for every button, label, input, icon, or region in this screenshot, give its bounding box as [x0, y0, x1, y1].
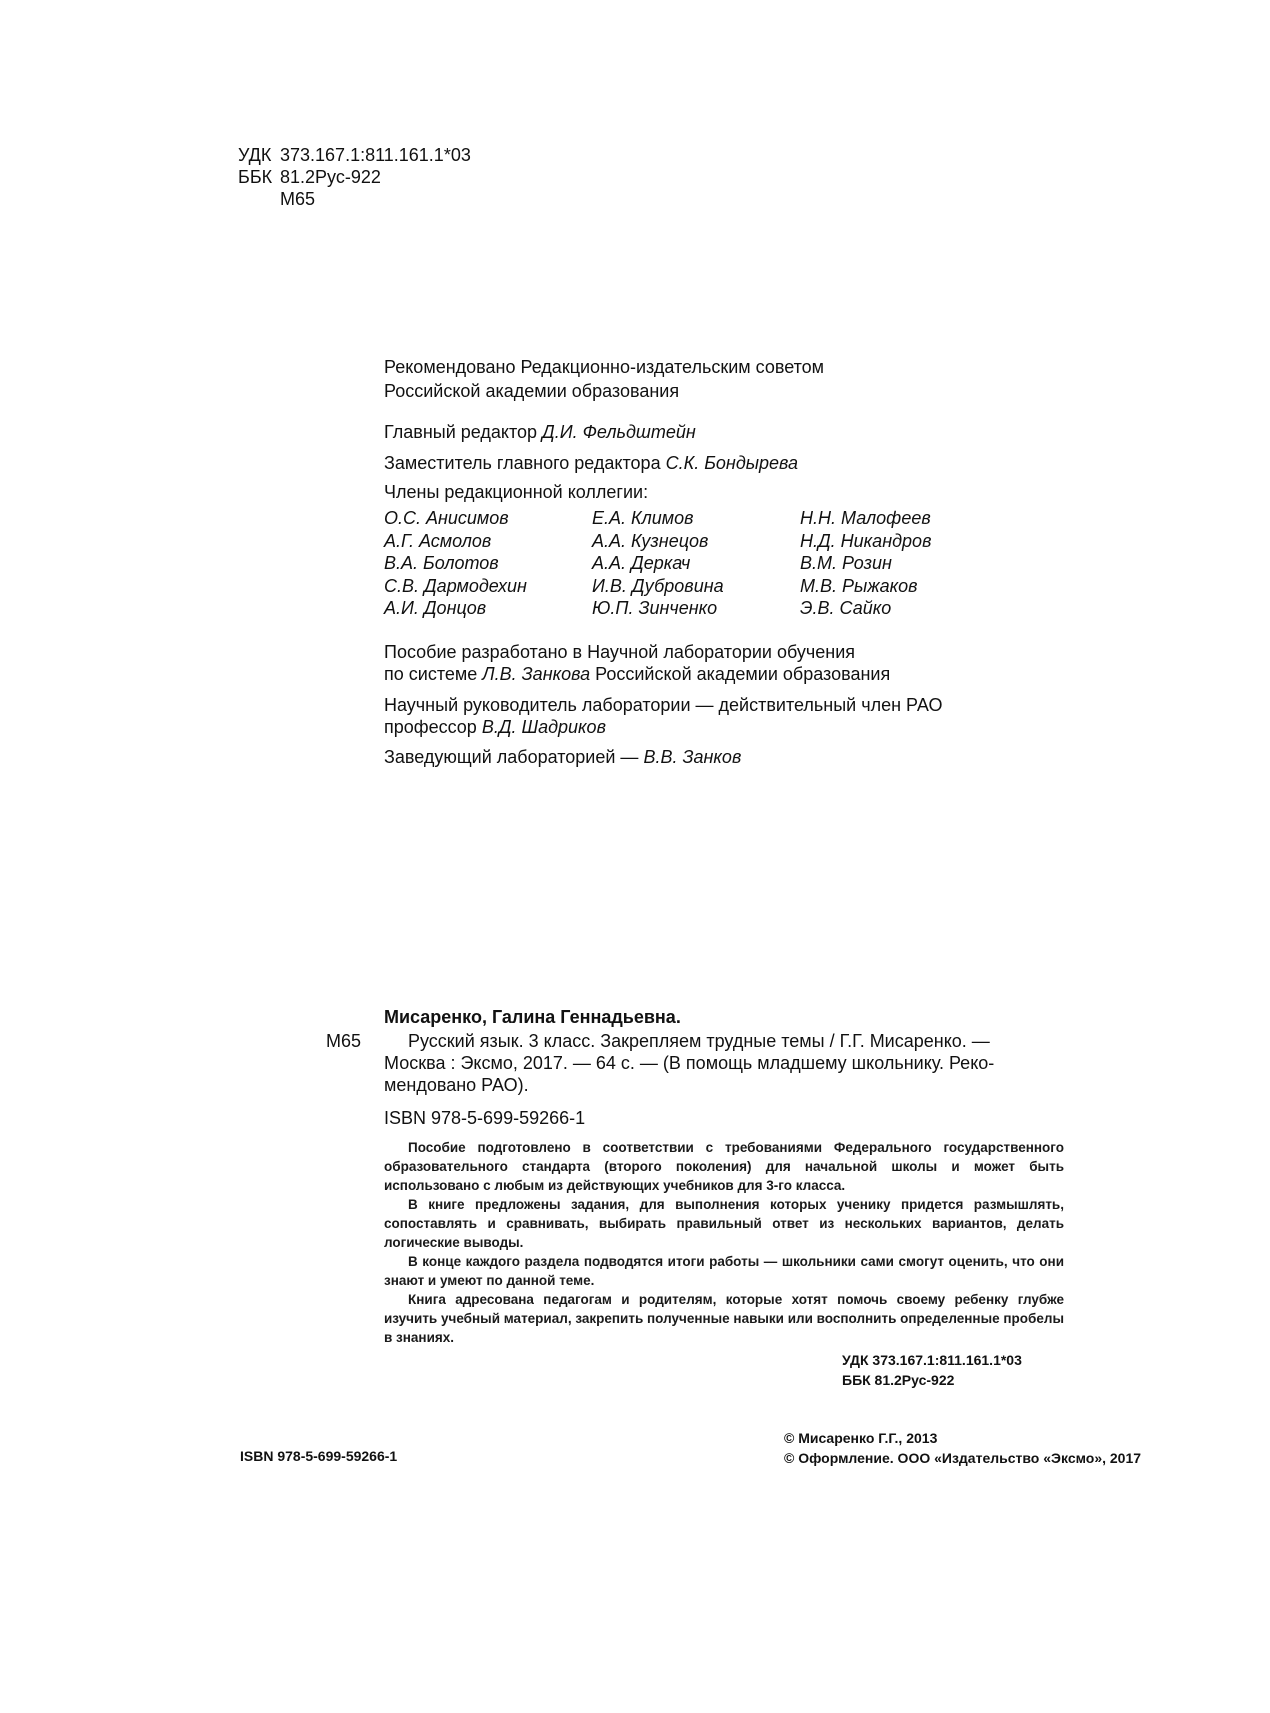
udk-label: УДК — [238, 144, 280, 166]
laboratory-founder: Л.В. Занкова — [482, 664, 590, 684]
classification-bottom: УДК 373.167.1:811.161.1*03 ББК 81.2Рус-9… — [842, 1350, 1022, 1390]
copyrights: © Мисаренко Г.Г., 2013 © Оформление. ООО… — [784, 1428, 1141, 1468]
board-member: А.Г. Асмолов — [384, 530, 592, 553]
board-member: Э.В. Сайко — [800, 597, 1000, 620]
board-member: В.М. Розин — [800, 552, 1000, 575]
supervisor-name: В.Д. Шадриков — [482, 717, 606, 737]
classification-top: УДК373.167.1:811.161.1*03 ББК81.2Рус-922… — [238, 144, 471, 210]
annotation: Пособие подготовлено в соответствии с тр… — [384, 1138, 1064, 1347]
annotation-paragraph: В книге предложены задания, для выполнен… — [384, 1195, 1064, 1252]
biblio-mark: М65 — [326, 1030, 361, 1052]
udk-value: 373.167.1:811.161.1*03 — [280, 144, 471, 166]
supervisor-title: профессор — [384, 717, 477, 737]
footer-isbn: ISBN 978-5-699-59266-1 — [240, 1446, 397, 1466]
copyright-author: © Мисаренко Г.Г., 2013 — [784, 1428, 1141, 1448]
recommendation: Рекомендовано Редакционно-издательским с… — [384, 355, 824, 403]
deputy-editor-name: С.К. Бондырева — [666, 453, 798, 473]
board-member: О.С. Анисимов — [384, 507, 592, 530]
biblio-isbn: ISBN 978-5-699-59266-1 — [384, 1107, 585, 1129]
udk-bottom: УДК 373.167.1:811.161.1*03 — [842, 1350, 1022, 1370]
recommendation-line-2: Российской академии образования — [384, 379, 824, 403]
supervisor-line-1: Научный руководитель лаборатории — дейст… — [384, 694, 942, 716]
deputy-editor: Заместитель главного редактора С.К. Бонд… — [384, 452, 798, 474]
copyright-design: © Оформление. ООО «Издательство «Эксмо»,… — [784, 1448, 1141, 1468]
scientific-supervisor: Научный руководитель лаборатории — дейст… — [384, 694, 942, 738]
lab-head-label: Заведующий лабораторией — — [384, 747, 638, 767]
annotation-paragraph: Книга адресована педагогам и родителям, … — [384, 1290, 1064, 1347]
annotation-paragraph: В конце каждого раздела подводятся итоги… — [384, 1252, 1064, 1290]
board-label: Члены редакционной коллегии: — [384, 481, 648, 503]
laboratory-info: Пособие разработано в Научной лаборатори… — [384, 641, 890, 685]
lab-head-name: В.В. Занков — [643, 747, 741, 767]
laboratory-line-2-pre: по системе — [384, 664, 477, 684]
deputy-editor-label: Заместитель главного редактора — [384, 453, 661, 473]
biblio-author: Мисаренко, Галина Геннадьевна. — [384, 1006, 681, 1028]
board-member: А.А. Деркач — [592, 552, 800, 575]
board-member: С.В. Дармодехин — [384, 575, 592, 598]
biblio-line-2: Москва : Эксмо, 2017. — 64 с. — (В помощ… — [384, 1052, 1064, 1074]
recommendation-line-1: Рекомендовано Редакционно-издательским с… — [384, 355, 824, 379]
biblio-line-3: мендовано РАО). — [384, 1074, 1064, 1096]
biblio-description: Русский язык. 3 класс. Закрепляем трудны… — [384, 1030, 1064, 1096]
board-member: В.А. Болотов — [384, 552, 592, 575]
annotation-paragraph: Пособие подготовлено в соответствии с тр… — [384, 1138, 1064, 1195]
bbk-bottom: ББК 81.2Рус-922 — [842, 1370, 1022, 1390]
chief-editor-name: Д.И. Фельдштейн — [542, 422, 696, 442]
bbk-value: 81.2Рус-922 — [280, 166, 381, 188]
board-member: Е.А. Климов — [592, 507, 800, 530]
laboratory-line-2-post: Российской академии образования — [595, 664, 890, 684]
board-member: И.В. Дубровина — [592, 575, 800, 598]
lab-head: Заведующий лабораторией — В.В. Занков — [384, 746, 741, 768]
board-member: А.И. Донцов — [384, 597, 592, 620]
chief-editor: Главный редактор Д.И. Фельдштейн — [384, 421, 696, 443]
board-members: О.С. АнисимовЕ.А. КлимовН.Н. МалофеевА.Г… — [384, 507, 1000, 620]
board-member: Ю.П. Зинченко — [592, 597, 800, 620]
board-member: М.В. Рыжаков — [800, 575, 1000, 598]
board-member: А.А. Кузнецов — [592, 530, 800, 553]
chief-editor-label: Главный редактор — [384, 422, 537, 442]
board-member: Н.Д. Никандров — [800, 530, 1000, 553]
board-member: Н.Н. Малофеев — [800, 507, 1000, 530]
biblio-line-1: Русский язык. 3 класс. Закрепляем трудны… — [384, 1030, 1064, 1052]
bbk-label: ББК — [238, 166, 280, 188]
author-mark: М65 — [280, 188, 315, 210]
laboratory-line-1: Пособие разработано в Научной лаборатори… — [384, 641, 890, 663]
